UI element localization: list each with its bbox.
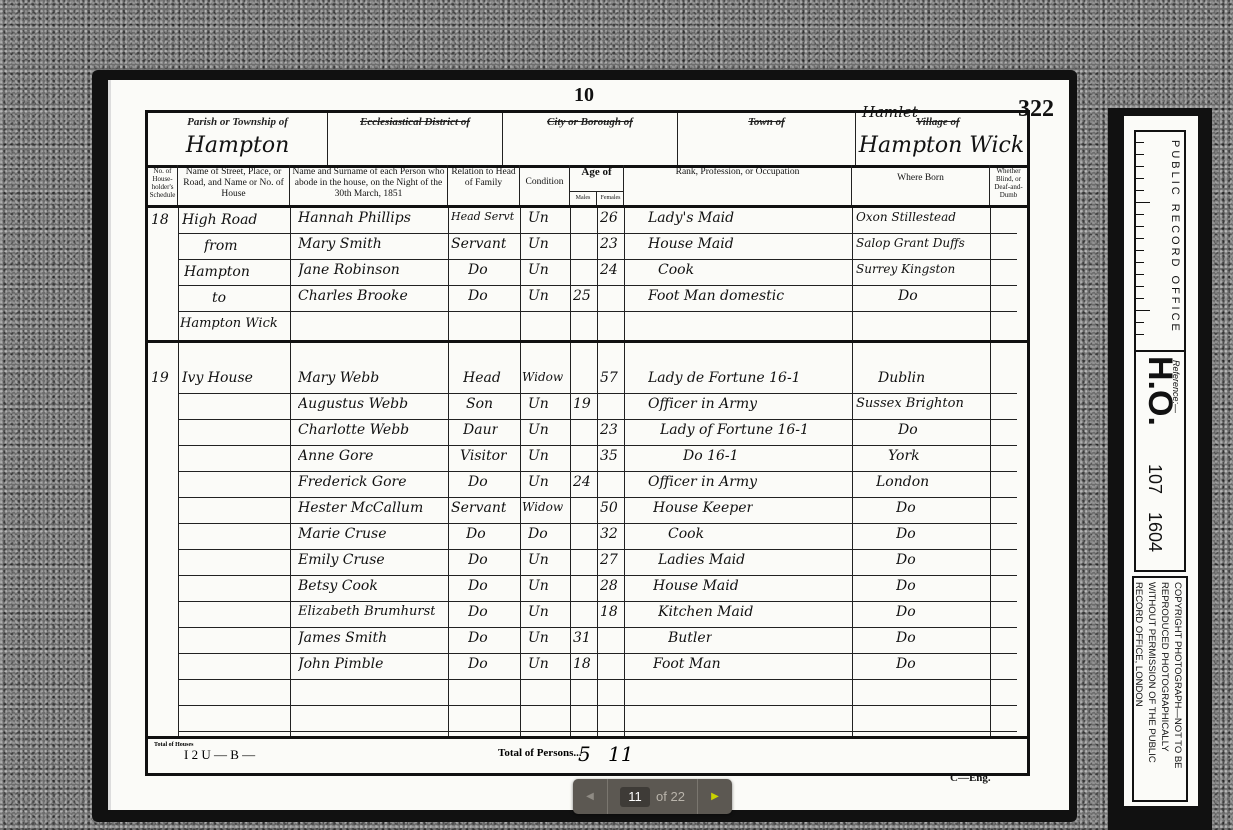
chevron-left-icon: ◀ bbox=[586, 791, 594, 802]
village-value: Hampton Wick bbox=[856, 133, 1027, 158]
person-relation: Head bbox=[463, 370, 501, 386]
person-relation: Do bbox=[468, 474, 488, 490]
person-row: Elizabeth Brumhurst Do Un 18 Kitchen Mai… bbox=[148, 602, 1027, 628]
person-occupation: Foot Man domestic bbox=[648, 288, 784, 304]
person-occupation: House Maid bbox=[648, 236, 734, 252]
person-age-male: 25 bbox=[573, 288, 591, 304]
person-relation: Visitor bbox=[460, 448, 507, 464]
males-total: 5 bbox=[578, 742, 591, 766]
col-blind: Whether Blind, or Deaf-and-Dumb bbox=[990, 165, 1027, 205]
column-headers: No. of House-holder's Schedule Name of S… bbox=[148, 165, 1027, 208]
person-condition: Un bbox=[528, 474, 549, 490]
col-age-label: Age of bbox=[570, 167, 623, 178]
person-age-female: 24 bbox=[600, 262, 618, 278]
person-row: Charlotte Webb Daur Un 23 Lady of Fortun… bbox=[148, 420, 1027, 446]
person-row: Charles Brooke Do Un 25 Foot Man domesti… bbox=[148, 286, 1027, 312]
person-birthplace: Do bbox=[896, 500, 916, 516]
person-name: Betsy Cook bbox=[298, 578, 378, 594]
houses-total: I 2 U — B — bbox=[184, 747, 255, 763]
person-relation: Servant bbox=[451, 236, 506, 252]
person-row: Frederick Gore Do Un 24 Officer in Army … bbox=[148, 472, 1027, 498]
village-prefix: Hamlet bbox=[862, 103, 918, 121]
person-occupation: Do 16-1 bbox=[683, 448, 739, 464]
person-occupation: Ladies Maid bbox=[658, 552, 745, 568]
parish-value: Hampton bbox=[148, 133, 327, 158]
person-relation: Head Servt bbox=[451, 210, 514, 223]
person-birthplace: Oxon Stillestead bbox=[856, 210, 956, 224]
person-age-female: 28 bbox=[600, 578, 618, 594]
person-relation: Servant bbox=[451, 500, 506, 516]
blank-row bbox=[148, 680, 1027, 706]
person-condition: Un bbox=[528, 630, 549, 646]
person-condition: Un bbox=[528, 552, 549, 568]
col-females: Females bbox=[597, 191, 624, 205]
person-name: Elizabeth Brumhurst bbox=[298, 604, 435, 619]
village-label: Village of bbox=[916, 116, 1027, 128]
person-row: Hester McCallum Servant Widow 50 House K… bbox=[148, 498, 1027, 524]
person-occupation: House Maid bbox=[653, 578, 739, 594]
person-occupation: Foot Man bbox=[653, 656, 721, 672]
city-cell: City or Borough of bbox=[503, 113, 678, 165]
person-row: Augustus Webb Son Un 19 Officer in Army … bbox=[148, 394, 1027, 420]
person-age-female: 23 bbox=[600, 422, 618, 438]
person-birthplace: Do bbox=[896, 552, 916, 568]
person-birthplace: Do bbox=[896, 604, 916, 620]
persons-total-label: Total of Persons... bbox=[498, 747, 582, 759]
person-occupation: Lady of Fortune 16-1 bbox=[660, 422, 809, 438]
person-condition: Un bbox=[528, 656, 549, 672]
totals-row: Total of Houses I 2 U — B — Total of Per… bbox=[148, 736, 1027, 773]
person-birthplace: Do bbox=[896, 656, 916, 672]
person-name: Emily Cruse bbox=[298, 552, 385, 568]
person-age-male: 18 bbox=[573, 656, 591, 672]
person-age-female: 35 bbox=[600, 448, 618, 464]
person-relation: Do bbox=[468, 604, 488, 620]
person-row: Mary Smith Servant Un 23 House Maid Salo… bbox=[148, 234, 1027, 260]
city-label: City or Borough of bbox=[503, 116, 677, 128]
person-condition: Un bbox=[528, 396, 549, 412]
person-name: Charles Brooke bbox=[298, 288, 408, 304]
person-condition: Un bbox=[528, 210, 549, 226]
person-condition: Un bbox=[528, 578, 549, 594]
person-condition: Do bbox=[528, 526, 548, 542]
copyright-notice: COPYRIGHT PHOTOGRAPH—NOT TO BE REPRODUCE… bbox=[1132, 576, 1188, 802]
col-relation: Relation to Head of Family bbox=[448, 165, 520, 205]
person-age-female: 32 bbox=[600, 526, 618, 542]
blank-row bbox=[148, 312, 1027, 338]
person-name: Hester McCallum bbox=[298, 500, 423, 516]
person-row: John Pimble Do Un 18 Foot Man Do bbox=[148, 654, 1027, 680]
person-condition: Widow bbox=[522, 500, 563, 514]
person-occupation: Kitchen Maid bbox=[658, 604, 753, 620]
person-condition: Un bbox=[528, 288, 549, 304]
col-occupation: Rank, Profession, or Occupation bbox=[624, 165, 852, 205]
col-street: Name of Street, Place, or Road, and Name… bbox=[178, 165, 290, 205]
person-condition: Un bbox=[528, 236, 549, 252]
person-name: James Smith bbox=[298, 630, 387, 646]
form-code: C—Eng. bbox=[950, 772, 991, 784]
folio-number: 10 bbox=[574, 84, 594, 107]
person-name: Jane Robinson bbox=[298, 262, 400, 278]
person-age-male: 31 bbox=[573, 630, 591, 646]
col-males: Males bbox=[570, 191, 597, 205]
parish-label: Parish or Township of bbox=[148, 116, 327, 128]
person-age-female: 57 bbox=[600, 370, 618, 386]
person-age-male: 19 bbox=[573, 396, 591, 412]
person-name: John Pimble bbox=[298, 656, 383, 672]
person-occupation: Butler bbox=[668, 630, 712, 646]
person-occupation: Officer in Army bbox=[648, 474, 757, 490]
person-age-male: 24 bbox=[573, 474, 591, 490]
person-occupation: Lady de Fortune 16-1 bbox=[648, 370, 801, 386]
person-age-female: 18 bbox=[600, 604, 618, 620]
town-label: Town of bbox=[678, 116, 855, 128]
person-birthplace: Do bbox=[896, 578, 916, 594]
person-birthplace: Surrey Kingston bbox=[856, 262, 955, 276]
person-relation: Do bbox=[468, 578, 488, 594]
person-name: Augustus Webb bbox=[298, 396, 408, 412]
person-name: Marie Cruse bbox=[298, 526, 386, 542]
person-row: James Smith Do Un 31 Butler Do bbox=[148, 628, 1027, 654]
census-form: Parish or Township of Hampton Ecclesiast… bbox=[145, 110, 1030, 776]
image-viewer: 10 322 Parish or Township of Hampton Ecc… bbox=[0, 0, 1233, 830]
person-relation: Do bbox=[468, 262, 488, 278]
person-relation: Do bbox=[468, 630, 488, 646]
person-birthplace: London bbox=[876, 474, 929, 490]
person-birthplace: Do bbox=[898, 422, 918, 438]
col-age: Age of Males Females bbox=[570, 165, 624, 205]
ecclesiastical-label: Ecclesiastical District of bbox=[328, 116, 502, 128]
chevron-right-icon: ▶ bbox=[711, 791, 719, 802]
person-row: Marie Cruse Do Do 32 Cook Do bbox=[148, 524, 1027, 550]
person-relation: Do bbox=[468, 552, 488, 568]
person-condition: Un bbox=[528, 604, 549, 620]
form-header: Parish or Township of Hampton Ecclesiast… bbox=[148, 113, 1027, 168]
person-relation: Do bbox=[466, 526, 486, 542]
person-age-female: 27 bbox=[600, 552, 618, 568]
reference-box: H.O. 107 1604 Reference:— bbox=[1134, 352, 1186, 572]
person-birthplace: Do bbox=[896, 630, 916, 646]
person-name: Charlotte Webb bbox=[298, 422, 409, 438]
person-age-female: 50 bbox=[600, 500, 618, 516]
person-name: Mary Webb bbox=[298, 370, 379, 386]
females-total: 11 bbox=[608, 742, 633, 766]
scale-ruler: PUBLIC RECORD OFFICE bbox=[1134, 130, 1186, 352]
page-number-input[interactable] bbox=[620, 787, 650, 807]
person-age-female: 26 bbox=[600, 210, 618, 226]
col-name: Name and Surname of each Person who abod… bbox=[290, 165, 448, 205]
person-relation: Do bbox=[468, 656, 488, 672]
col-schedule: No. of House-holder's Schedule bbox=[148, 165, 178, 205]
blank-row bbox=[148, 706, 1027, 732]
person-birthplace: Sussex Brighton bbox=[856, 396, 964, 411]
col-condition: Condition bbox=[520, 165, 570, 205]
piece-number: 1604 bbox=[1144, 512, 1165, 552]
person-name: Frederick Gore bbox=[298, 474, 406, 490]
person-relation: Do bbox=[468, 288, 488, 304]
reference-label: Reference:— bbox=[1171, 360, 1181, 413]
col-born: Where Born bbox=[852, 165, 990, 205]
person-birthplace: Dublin bbox=[878, 370, 925, 386]
town-cell: Town of bbox=[678, 113, 856, 165]
person-condition: Widow bbox=[522, 370, 563, 384]
person-row: Betsy Cook Do Un 28 House Maid Do bbox=[148, 576, 1027, 602]
person-relation: Son bbox=[466, 396, 493, 412]
page-navigator: ◀ of 22 ▶ bbox=[573, 779, 732, 814]
person-birthplace: Do bbox=[896, 526, 916, 542]
person-row: Emily Cruse Do Un 27 Ladies Maid Do bbox=[148, 550, 1027, 576]
reference-strip: PUBLIC RECORD OFFICE H.O. 107 1604 Refer… bbox=[1124, 116, 1198, 806]
person-birthplace: York bbox=[888, 448, 920, 464]
person-birthplace: Salop Grant Duffs bbox=[856, 236, 965, 250]
ecclesiastical-cell: Ecclesiastical District of bbox=[328, 113, 503, 165]
person-occupation: Cook bbox=[658, 262, 694, 278]
person-occupation: Lady's Maid bbox=[648, 210, 734, 226]
previous-page-button[interactable]: ◀ bbox=[573, 779, 608, 814]
person-name: Hannah Phillips bbox=[298, 210, 411, 226]
person-occupation: House Keeper bbox=[653, 500, 753, 516]
person-condition: Un bbox=[528, 422, 549, 438]
person-name: Mary Smith bbox=[298, 236, 382, 252]
household-separator bbox=[148, 340, 1027, 343]
page-indicator: of 22 bbox=[608, 787, 697, 807]
person-relation: Daur bbox=[463, 422, 498, 438]
person-row: Jane Robinson Do Un 24 Cook Surrey Kings… bbox=[148, 260, 1027, 286]
parish-cell: Parish or Township of Hampton bbox=[148, 113, 328, 165]
person-occupation: Cook bbox=[668, 526, 704, 542]
person-row: Hannah Phillips Head Servt Un 26 Lady's … bbox=[148, 208, 1027, 234]
person-condition: Un bbox=[528, 262, 549, 278]
person-name: Anne Gore bbox=[298, 448, 373, 464]
person-birthplace: Do bbox=[898, 288, 918, 304]
person-condition: Un bbox=[528, 448, 549, 464]
person-age-female: 23 bbox=[600, 236, 618, 252]
class-number: 107 bbox=[1144, 464, 1165, 494]
person-row: Mary Webb Head Widow 57 Lady de Fortune … bbox=[148, 368, 1027, 394]
person-occupation: Officer in Army bbox=[648, 396, 757, 412]
person-row: Anne Gore Visitor Un 35 Do 16-1 York bbox=[148, 446, 1027, 472]
village-cell: Hamlet Village of Hampton Wick bbox=[856, 113, 1027, 165]
next-page-button[interactable]: ▶ bbox=[697, 779, 732, 814]
page-total: of 22 bbox=[656, 789, 685, 804]
ruler-label: PUBLIC RECORD OFFICE bbox=[1169, 140, 1181, 334]
